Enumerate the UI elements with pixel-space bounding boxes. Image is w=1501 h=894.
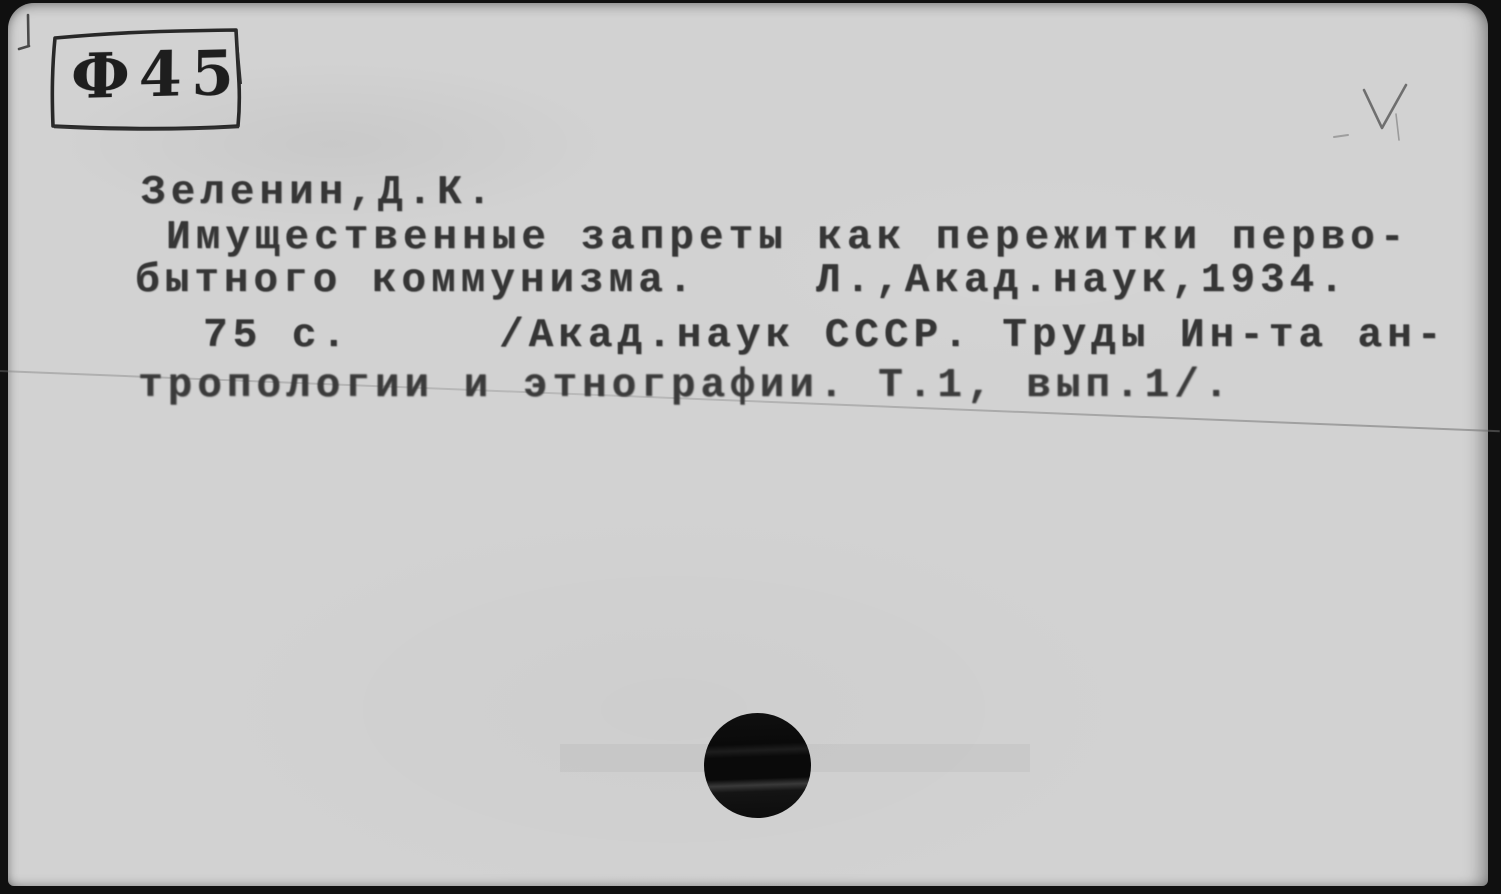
title-line-1: Имущественные запреты как пережитки перв… [166,218,1409,259]
series-line: тропологии и этнографии. Т.1, вып.1/. [138,366,1233,407]
corner-tick-icon [16,12,42,58]
collation-line: 75 с. /Акад.наук СССР. Труды Ин-та ан- [203,316,1446,357]
author-line: Зеленин,Д.К. [141,173,496,214]
title-line-2: бытного коммунизма. Л.,Акад.наук,1934. [135,261,1349,302]
hole-punch-icon [704,713,811,818]
call-number-text: Ф45 [64,36,251,114]
call-number-stamp: Ф45 [40,20,270,145]
check-mark-icon [1328,76,1424,152]
